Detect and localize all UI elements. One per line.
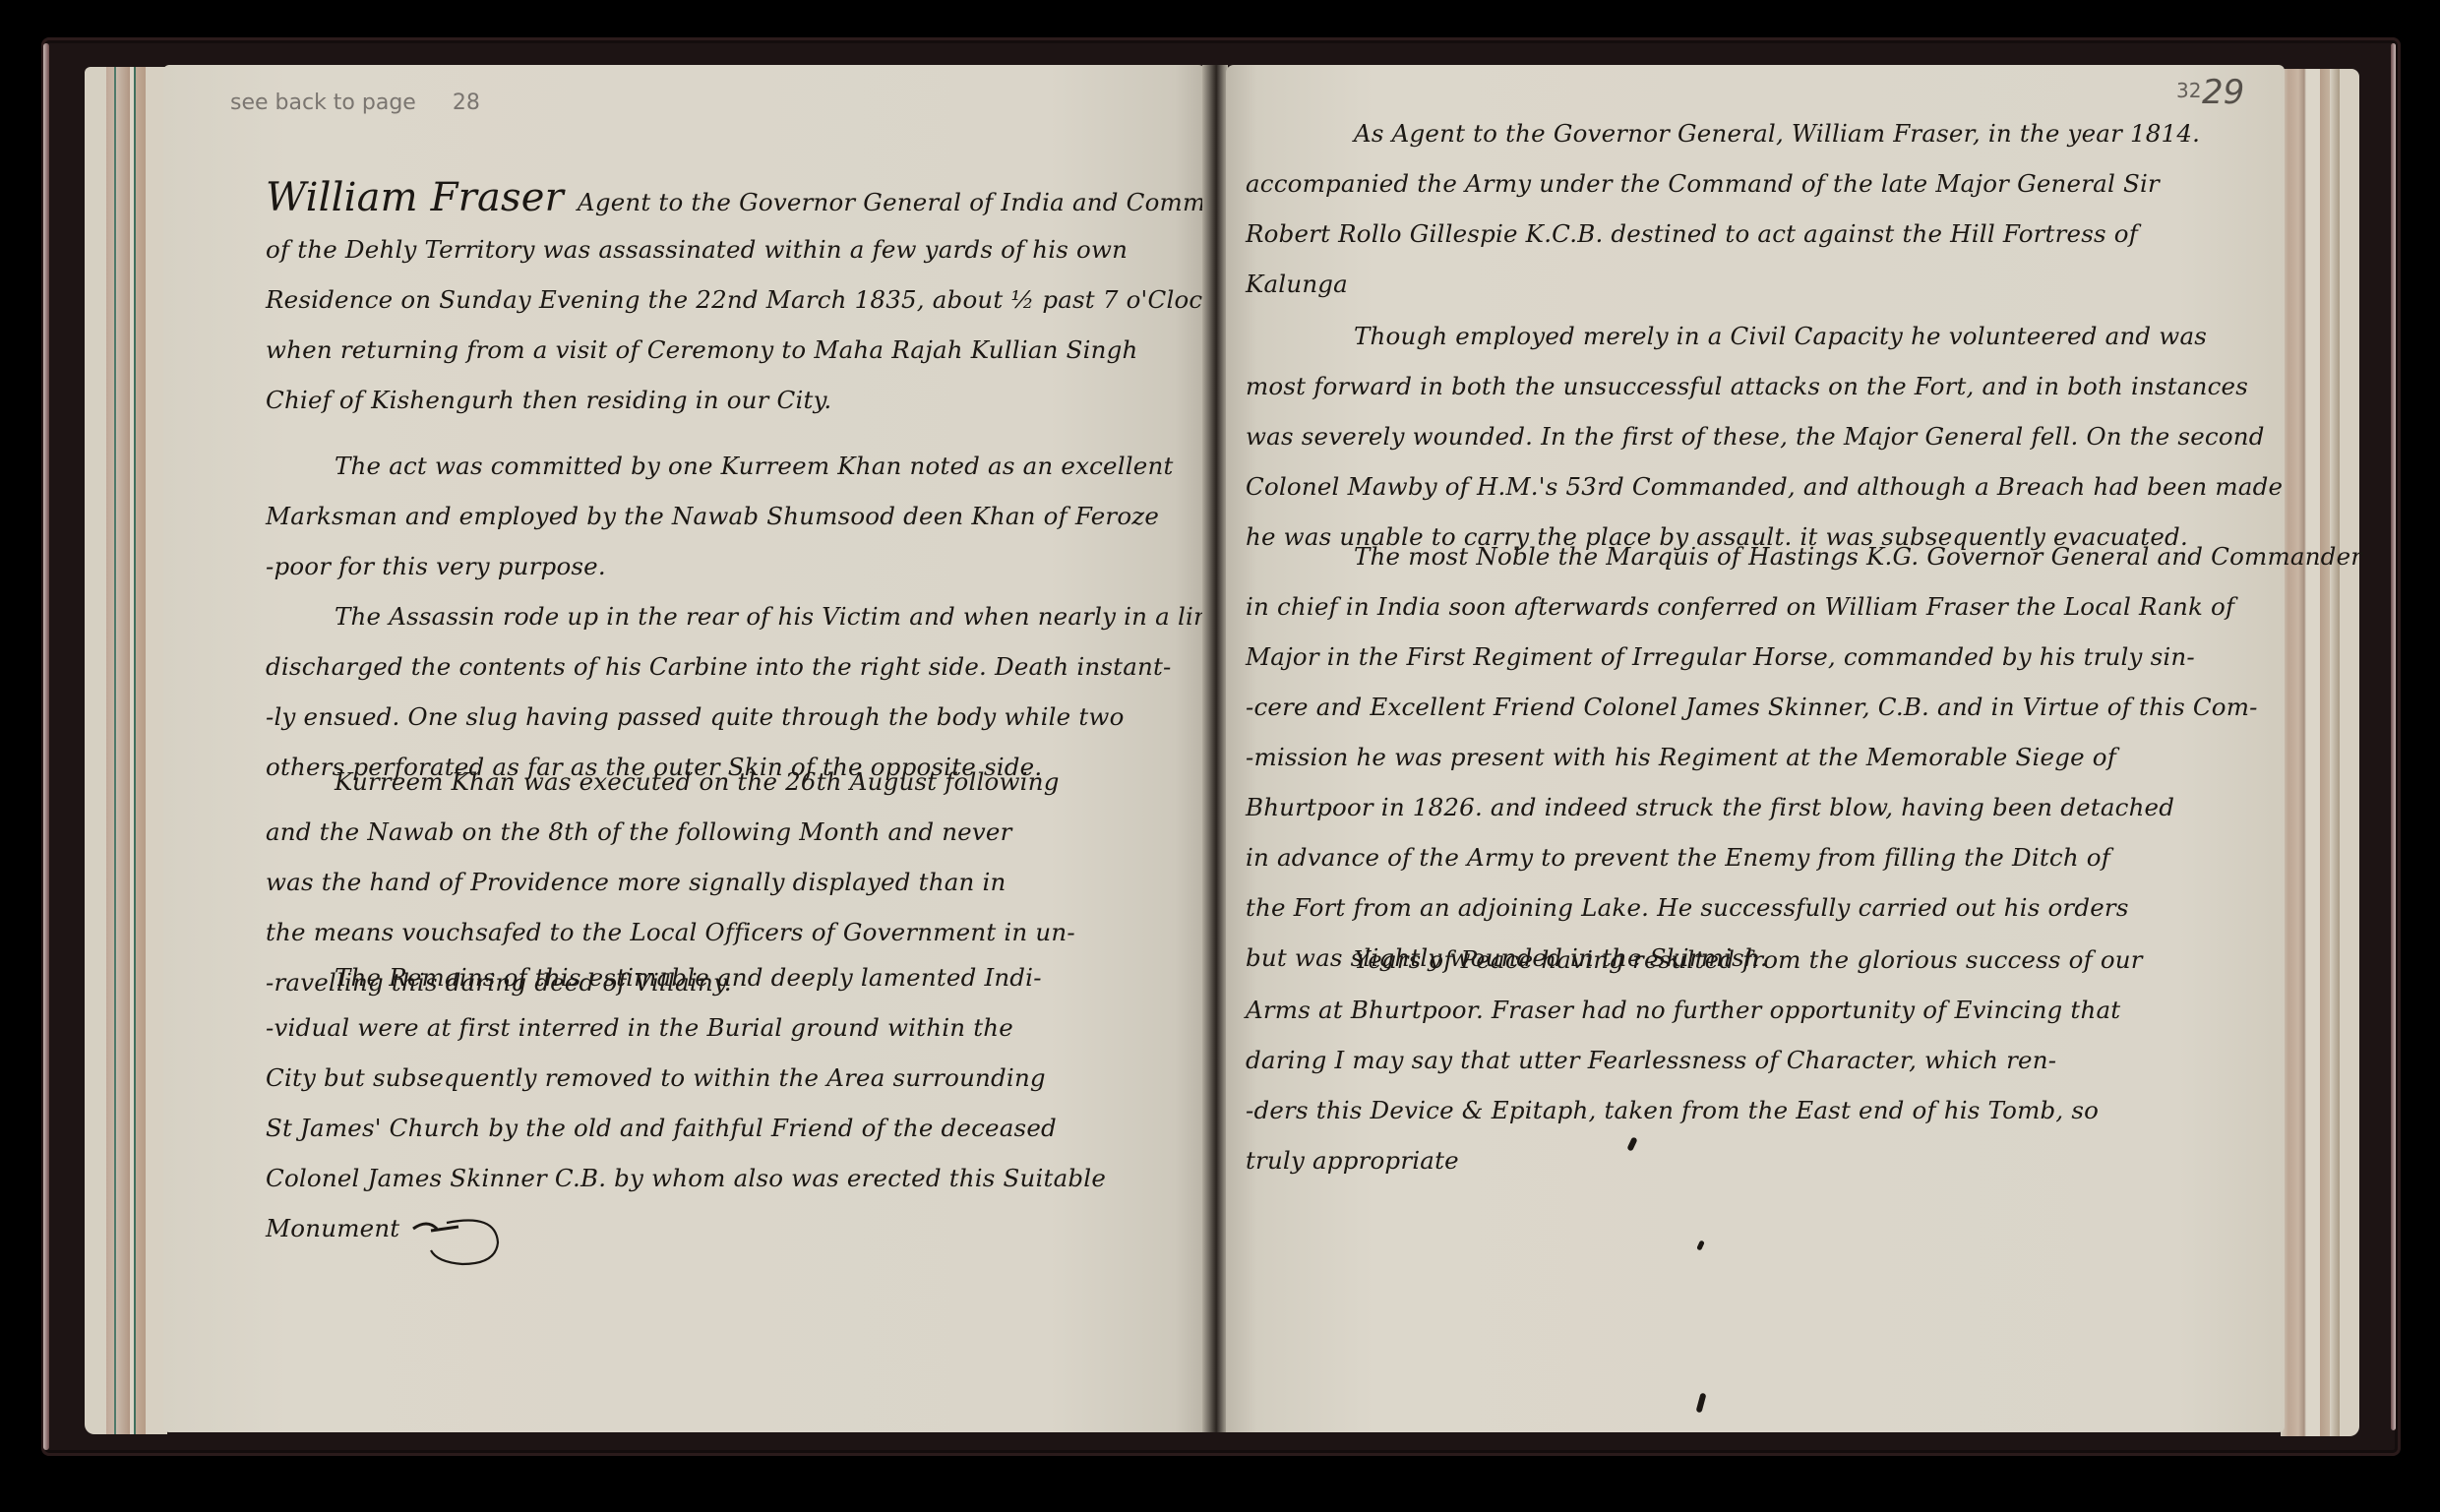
- pencil-page-ref: 28: [453, 91, 480, 115]
- line-text: Agent to the Governor General of India a…: [578, 188, 1304, 216]
- line-text: Monument: [266, 1214, 399, 1242]
- text-line: Colonel James Skinner C.B. by whom also …: [266, 1153, 1106, 1203]
- text-line: Kurreem Khan was executed on the 26th Au…: [266, 756, 1075, 807]
- text-line: The Remains of this estimable and deeply…: [266, 952, 1106, 1002]
- text-line: Bhurtpoor in 1826. and indeed struck the…: [1246, 782, 2362, 832]
- text-line: -poor for this very purpose.: [266, 541, 1174, 591]
- text-line: Arms at Bhurtpoor. Fraser had no further…: [1246, 985, 2143, 1035]
- text-line: City but subsequently removed to within …: [266, 1053, 1106, 1103]
- text-line: Residence on Sunday Evening the 22nd Mar…: [266, 274, 1304, 325]
- text-line: in advance of the Army to prevent the En…: [1246, 832, 2362, 882]
- text-line: The most Noble the Marquis of Hastings K…: [1246, 531, 2362, 581]
- paragraph-5: The Remains of this estimable and deeply…: [266, 952, 1106, 1253]
- book-gutter: [1202, 65, 1228, 1432]
- text-line: St James' Church by the old and faithful…: [266, 1103, 1106, 1153]
- paragraph-3: The most Noble the Marquis of Hastings K…: [1246, 531, 2362, 983]
- text-line: accompanied the Army under the Command o…: [1246, 158, 2200, 209]
- pencil-annotation: see back to page 28: [230, 91, 480, 115]
- text-line: was severely wounded. In the first of th…: [1246, 411, 2283, 461]
- text-line: and the Nawab on the 8th of the followin…: [266, 807, 1075, 857]
- text-line: Chief of Kishengurh then residing in our…: [266, 375, 1304, 425]
- text-line: -mission he was present with his Regimen…: [1246, 732, 2362, 782]
- text-line: Monument: [266, 1203, 1106, 1253]
- paragraph-2: Though employed merely in a Civil Capaci…: [1246, 311, 2283, 562]
- page-stack-left: [85, 67, 167, 1434]
- ink-spot: [1696, 1240, 1705, 1250]
- text-line: in chief in India soon afterwards confer…: [1246, 581, 2362, 632]
- text-line: Colonel Mawby of H.M.'s 53rd Commanded, …: [1246, 461, 2283, 512]
- text-line: -ders this Device & Epitaph, taken from …: [1246, 1085, 2143, 1135]
- paragraph-1: As Agent to the Governor General, Willia…: [1246, 108, 2200, 309]
- text-line: of the Dehly Territory was assassinated …: [266, 224, 1304, 274]
- text-line: William FraserAgent to the Governor Gene…: [266, 171, 1304, 224]
- text-line: Kalunga: [1246, 259, 2200, 309]
- text-line: Marksman and employed by the Nawab Shums…: [266, 491, 1174, 541]
- text-line: Though employed merely in a Civil Capaci…: [1246, 311, 2283, 361]
- right-page: 32 29 As Agent to the Governor General, …: [1226, 65, 2285, 1432]
- text-line: The act was committed by one Kurreem Kha…: [266, 441, 1174, 491]
- text-line: the Fort from an adjoining Lake. He succ…: [1246, 882, 2362, 933]
- text-line: Years of Peace having resulted from the …: [1246, 935, 2143, 985]
- left-page: see back to page 28 William FraserAgent …: [163, 65, 1206, 1432]
- text-line: the means vouchsafed to the Local Office…: [266, 907, 1075, 957]
- text-line: -vidual were at first interred in the Bu…: [266, 1002, 1106, 1053]
- paragraph-4: Years of Peace having resulted from the …: [1246, 935, 2143, 1185]
- title-name: William Fraser: [266, 175, 564, 220]
- end-flourish-icon: [407, 1203, 516, 1272]
- cover-edge-left: [43, 43, 49, 1450]
- text-line: -ly ensued. One slug having passed quite…: [266, 692, 1224, 742]
- folio-pencil-number: 32: [2176, 79, 2201, 102]
- cover-edge-right: [2391, 43, 2396, 1430]
- text-line: The Assassin rode up in the rear of his …: [266, 591, 1224, 641]
- text-line: Major in the First Regiment of Irregular…: [1246, 632, 2362, 682]
- text-line: Robert Rollo Gillespie K.C.B. destined t…: [1246, 209, 2200, 259]
- text-line: As Agent to the Governor General, Willia…: [1246, 108, 2200, 158]
- text-line: most forward in both the unsuccessful at…: [1246, 361, 2283, 411]
- text-line: discharged the contents of his Carbine i…: [266, 641, 1224, 692]
- text-line: truly appropriate: [1246, 1135, 2143, 1185]
- ink-spot: [1696, 1393, 1707, 1414]
- text-line: daring I may say that utter Fearlessness…: [1246, 1035, 2143, 1085]
- text-line: -cere and Excellent Friend Colonel James…: [1246, 682, 2362, 732]
- pencil-note-text: see back to page: [230, 91, 416, 115]
- paragraph-1: William FraserAgent to the Governor Gene…: [266, 171, 1304, 425]
- folio-ink-number: 29: [2202, 73, 2244, 112]
- paragraph-2: The act was committed by one Kurreem Kha…: [266, 441, 1174, 591]
- text-line: when returning from a visit of Ceremony …: [266, 325, 1304, 375]
- text-line: was the hand of Providence more signally…: [266, 857, 1075, 907]
